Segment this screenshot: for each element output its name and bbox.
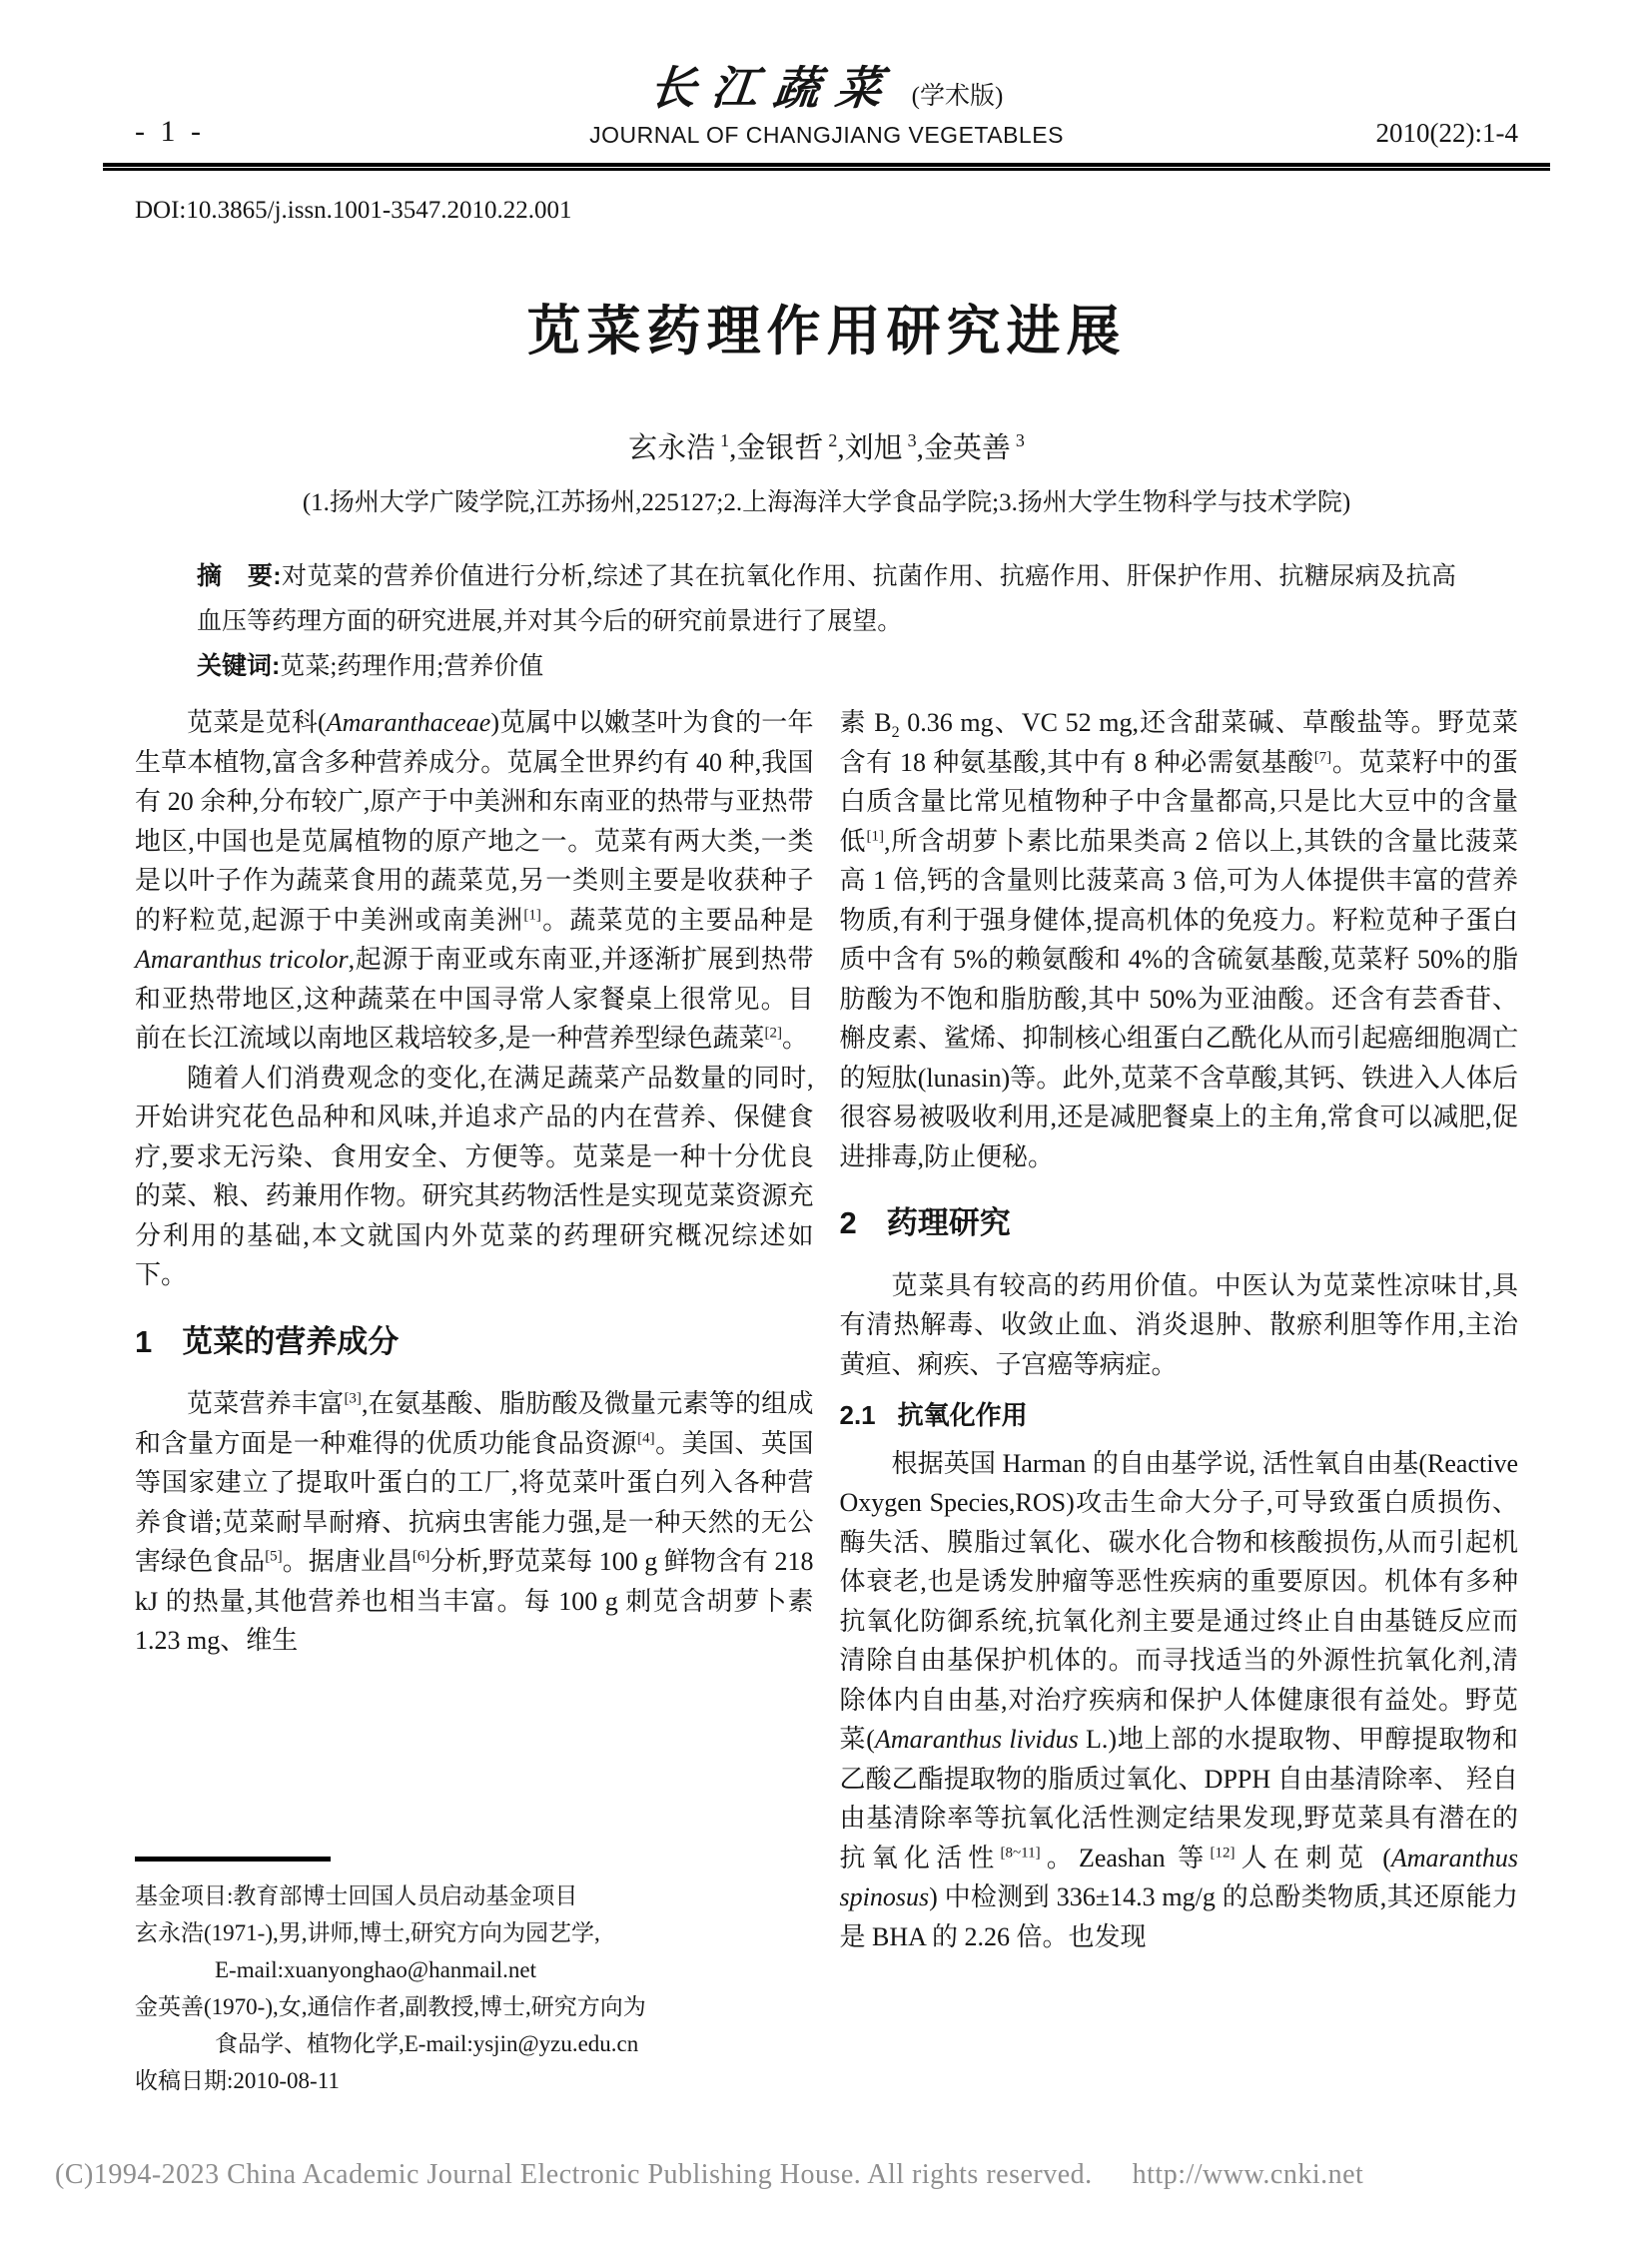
article-title: 苋菜药理作用研究进展 [135, 289, 1518, 366]
reference-superscript: [4] [637, 1430, 655, 1446]
page-content: - 1 - 长江蔬菜 (学术版) JOURNAL OF CHANGJIANG V… [0, 0, 1652, 2099]
keywords-text: 苋菜;药理作用;营养价值 [280, 653, 543, 680]
author-superscript: 3 [1016, 430, 1025, 450]
reference-superscript: [1] [866, 828, 884, 844]
author-name: ,金银哲 [729, 432, 823, 464]
reference-superscript: [5] [265, 1548, 283, 1564]
abstract-block: 摘 要:对苋菜的营养价值进行分析,综述了其在抗氧化作用、抗菌作用、抗癌作用、肝保… [135, 554, 1518, 689]
keywords-line: 关键词:苋菜;药理作用;营养价值 [197, 644, 1456, 689]
journal-name-en: JOURNAL OF CHANGJIANG VEGETABLES [305, 122, 1348, 149]
footnote-line: 玄永浩(1971-),男,讲师,博士,研究方向为园艺学, [135, 1914, 814, 1951]
journal-logo: 长江蔬菜 [646, 52, 901, 118]
species-name-italic: Amaranthus tricolor [135, 945, 349, 974]
paragraph-intro: 苋菜是苋科(Amaranthaceae)苋属中以嫩茎叶为食的一年生草本植物,富含… [135, 703, 814, 1059]
subsection-title: 抗氧化作用 [898, 1400, 1028, 1430]
paragraph: 随着人们消费观念的变化,在满足蔬菜产品数量的同时,开始讲究花色品种和风味,并追求… [135, 1059, 814, 1295]
subsection-heading-2-1: 2.1抗氧化作用 [840, 1396, 1519, 1436]
reference-superscript: [7] [1314, 749, 1332, 765]
section-heading-2: 2药理研究 [840, 1203, 1519, 1243]
abstract-line: 摘 要:对苋菜的营养价值进行分析,综述了其在抗氧化作用、抗菌作用、抗癌作用、肝保… [197, 554, 1456, 644]
journal-page: - 1 - 长江蔬菜 (学术版) JOURNAL OF CHANGJIANG V… [0, 0, 1652, 2241]
author-superscript: 3 [908, 430, 917, 450]
subscript: 2 [892, 724, 900, 741]
footnote-line: 金英善(1970-),女,通信作者,副教授,博士,研究方向为 [135, 1988, 814, 2025]
footnote-rule [135, 1857, 331, 1862]
body-columns: 苋菜是苋科(Amaranthaceae)苋属中以嫩茎叶为食的一年生草本植物,富含… [135, 703, 1518, 2099]
journal-logo-line: 长江蔬菜 (学术版) [305, 52, 1348, 118]
reference-superscript: [3] [344, 1390, 362, 1406]
reference-superscript: [2] [765, 1025, 783, 1041]
text-run: 素 B [840, 708, 892, 737]
doi: DOI:10.3865/j.issn.1001-3547.2010.22.001 [135, 197, 1518, 225]
text-run: 。据唐业昌 [283, 1547, 413, 1576]
text-run: 。蔬菜苋的主要品种是 [541, 906, 814, 935]
author-superscript: 1 [720, 430, 729, 450]
journal-edition: (学术版) [912, 76, 1004, 112]
author-name: ,金英善 [917, 432, 1011, 464]
section-title: 药理研究 [887, 1205, 1011, 1240]
page-number: - 1 - [135, 115, 305, 149]
text-run: ) 中检测到 336±14.3 mg/g 的总酚类物质,其还原能力是 BHA 的… [840, 1882, 1519, 1951]
text-run: 苋菜营养丰富 [187, 1389, 344, 1418]
section-number: 2 [840, 1205, 857, 1240]
text-run: 。 [782, 1024, 808, 1053]
section-heading-1: 1苋菜的营养成分 [135, 1322, 814, 1362]
footnote-block: 基金项目:教育部博士回国人员启动基金项目 玄永浩(1971-),男,讲师,博士,… [135, 1857, 814, 2099]
footnote-line: 食品学、植物化学,E-mail:ysjin@yzu.edu.cn [135, 2025, 814, 2062]
footnote-line: E-mail:xuanyonghao@hanmail.net [135, 1951, 814, 1988]
paragraph: 苋菜营养丰富[3],在氨基酸、脂肪酸及微量元素等的组成和含量方面是一种难得的优质… [135, 1384, 814, 1661]
issue-info: 2010(22):1-4 [1348, 118, 1518, 149]
reference-superscript: [6] [413, 1548, 430, 1564]
section-number: 1 [135, 1324, 152, 1359]
footnote-line: 基金项目:教育部博士回国人员启动基金项目 [135, 1877, 814, 1914]
species-name-italic: Amaranthaceae [327, 708, 491, 737]
reference-superscript: [8~11] [1001, 1845, 1041, 1861]
text-run: ,所含胡萝卜素比茄果类高 2 倍以上,其铁的含量比菠菜高 1 倍,钙的含量则比菠… [840, 827, 1519, 1171]
abstract-text: 对苋菜的营养价值进行分析,综述了其在抗氧化作用、抗菌作用、抗癌作用、肝保护作用、… [197, 563, 1456, 635]
text-run: 苋菜是苋科( [187, 708, 327, 737]
species-name-italic: Amaranthus lividus [875, 1725, 1079, 1754]
right-column: 素 B2 0.36 mg、VC 52 mg,还含甜菜碱、草酸盐等。野苋菜含有 1… [840, 703, 1519, 2099]
left-column: 苋菜是苋科(Amaranthaceae)苋属中以嫩茎叶为食的一年生草本植物,富含… [135, 703, 814, 2099]
text-run: 根据英国 Harman 的自由基学说, 活性氧自由基(Reactive Oxyg… [840, 1449, 1519, 1755]
paragraph: 根据英国 Harman 的自由基学说, 活性氧自由基(Reactive Oxyg… [840, 1444, 1519, 1957]
footer-copyright: (C)1994-2023 China Academic Journal Elec… [55, 2159, 1093, 2190]
reference-superscript: [12] [1211, 1845, 1236, 1861]
reference-superscript: [1] [523, 907, 541, 923]
authors-line: 玄永浩1,金银哲2,刘旭3,金英善3 [135, 425, 1518, 466]
header-divider-rule [103, 163, 1550, 171]
author-name: 玄永浩 [628, 432, 715, 464]
text-run: )苋属中以嫩茎叶为食的一年生草本植物,富含多种营养成分。苋属全世界约有 40 种… [135, 708, 814, 935]
subsection-number: 2.1 [840, 1400, 876, 1430]
text-run: 。Zeashan 等 [1041, 1844, 1211, 1872]
abstract-label: 摘 要: [197, 562, 282, 590]
copyright-footer: (C)1994-2023 China Academic Journal Elec… [55, 2159, 1363, 2191]
paragraph: 苋菜具有较高的药用价值。中医认为苋菜性凉味甘,具有清热解毒、收敛止血、消炎退肿、… [840, 1266, 1519, 1385]
journal-masthead: 长江蔬菜 (学术版) JOURNAL OF CHANGJIANG VEGETAB… [305, 52, 1348, 149]
footnote-line: 收稿日期:2010-08-11 [135, 2062, 814, 2099]
paragraph-continuation: 素 B2 0.36 mg、VC 52 mg,还含甜菜碱、草酸盐等。野苋菜含有 1… [840, 703, 1519, 1176]
text-run: 人在刺苋 ( [1236, 1844, 1391, 1872]
author-name: ,刘旭 [837, 432, 902, 464]
page-header: - 1 - 长江蔬菜 (学术版) JOURNAL OF CHANGJIANG V… [135, 0, 1518, 149]
section-title: 苋菜的营养成分 [182, 1324, 399, 1359]
footer-url: http://www.cnki.net [1133, 2159, 1364, 2190]
affiliation: (1.扬州大学广陵学院,江苏扬州,225127;2.上海海洋大学食品学院;3.扬… [135, 482, 1518, 518]
keywords-label: 关键词: [197, 652, 280, 680]
